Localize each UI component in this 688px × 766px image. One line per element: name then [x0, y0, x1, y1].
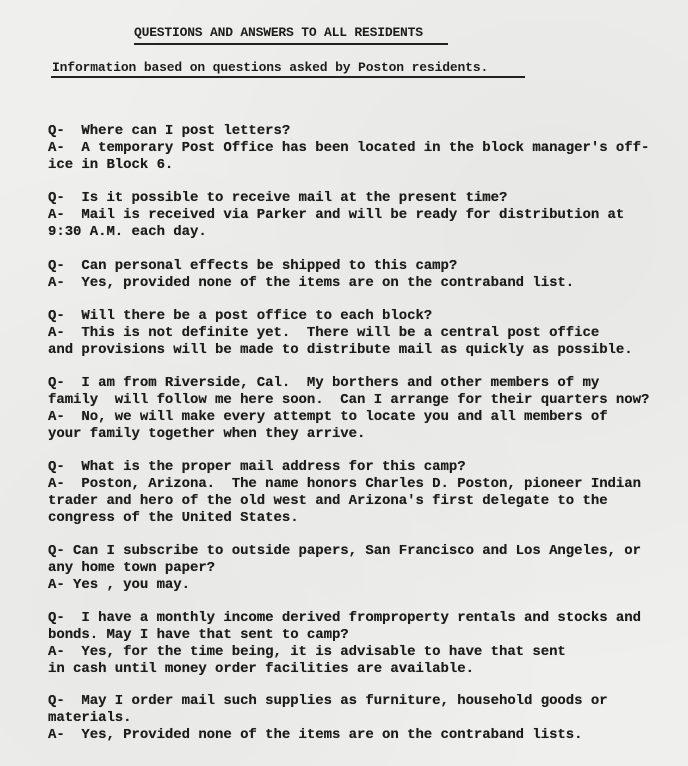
question-line: any home town paper? — [48, 560, 215, 577]
question-line: Q- I am from Riverside, Cal. My borthers… — [48, 375, 599, 392]
answer-line: your family together when they arrive. — [48, 426, 365, 443]
title-underline — [134, 43, 448, 45]
answer-line: A- Mail is received via Parker and will … — [48, 207, 624, 224]
document-title: QUESTIONS AND ANSWERS TO ALL RESIDENTS — [134, 25, 423, 40]
question-line: Q- Will there be a post office to each b… — [48, 308, 432, 325]
typewritten-page: QUESTIONS AND ANSWERS TO ALL RESIDENTS I… — [0, 0, 688, 766]
subtitle-underline — [51, 76, 525, 78]
question-line: family will follow me here soon. Can I a… — [48, 392, 649, 409]
answer-line: trader and hero of the old west and Ariz… — [48, 493, 608, 510]
document-subtitle: Information based on questions asked by … — [52, 60, 488, 75]
question-line: Q- What is the proper mail address for t… — [48, 459, 466, 476]
question-line: materials. — [48, 710, 132, 727]
answer-line: congress of the United States. — [48, 510, 299, 527]
answer-line: in cash until money order facilities are… — [48, 661, 474, 678]
answer-line: and provisions will be made to distribut… — [48, 342, 633, 359]
answer-line: A- No, we will make every attempt to loc… — [48, 409, 608, 426]
question-line: bonds. May I have that sent to camp? — [48, 627, 349, 644]
answer-line: 9:30 A.M. each day. — [48, 224, 207, 241]
question-line: Q- Is it possible to receive mail at the… — [48, 190, 507, 207]
question-line: Q- Can personal effects be shipped to th… — [48, 258, 457, 275]
answer-line: A- Yes, for the time being, it is advisa… — [48, 644, 566, 661]
answer-line: A- This is not definite yet. There will … — [48, 325, 599, 342]
question-line: Q- Where can I post letters? — [48, 123, 290, 140]
answer-line: A- Poston, Arizona. The name honors Char… — [48, 476, 641, 493]
answer-line: ice in Block 6. — [48, 157, 173, 174]
question-line: Q- May I order mail such supplies as fur… — [48, 693, 608, 710]
answer-line: A- Yes, provided none of the items are o… — [48, 275, 574, 292]
answer-line: A- A temporary Post Office has been loca… — [48, 140, 649, 157]
question-line: Q- I have a monthly income derived fromp… — [48, 610, 641, 627]
answer-line: A- Yes, Provided none of the items are o… — [48, 727, 583, 744]
question-line: Q- Can I subscribe to outside papers, Sa… — [48, 543, 641, 560]
answer-line: A- Yes , you may. — [48, 577, 190, 594]
